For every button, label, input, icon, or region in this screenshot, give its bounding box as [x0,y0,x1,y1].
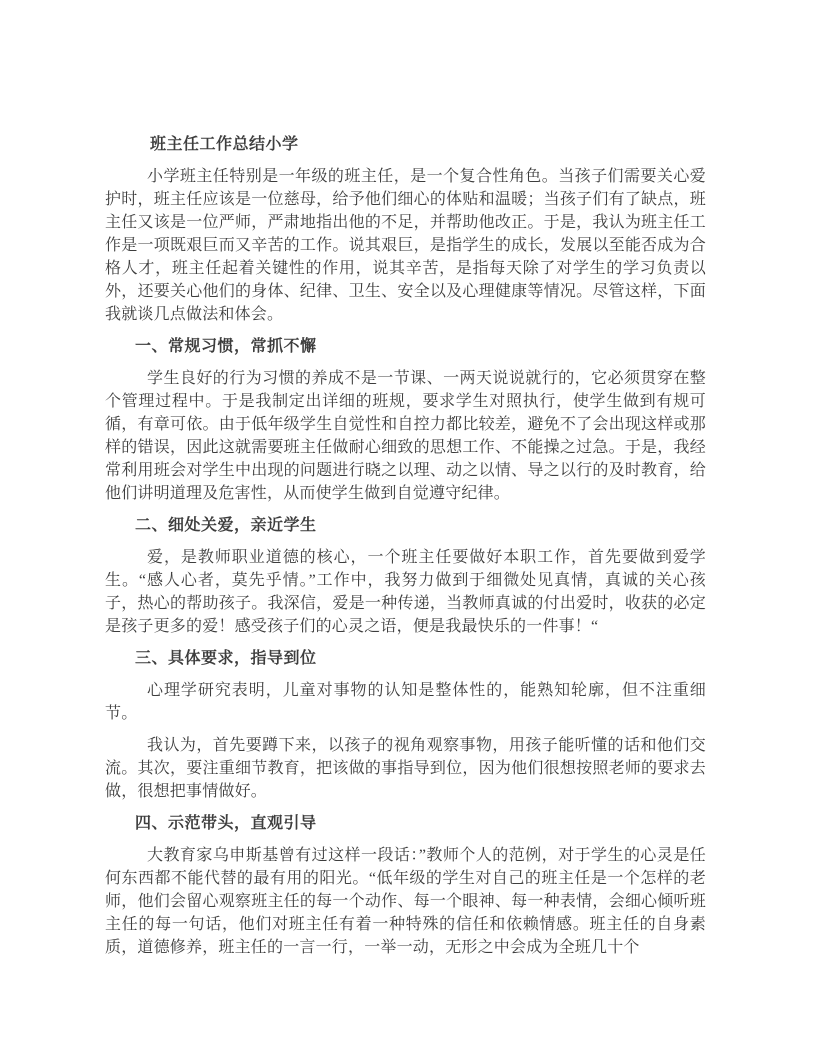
paragraph-section-3a: 心理学研究表明，儿童对事物的认知是整体性的，能熟知轮廓，但不注重细节。 [105,679,706,725]
paragraph-section-4: 大教育家乌申斯基曾有过这样一段话：”教师个人的范例，对于学生的心灵是任何东西都不… [105,844,706,959]
section-heading-1: 一、常规习惯，常抓不懈 [105,335,706,358]
paragraph-intro: 小学班主任特别是一年级的班主任，是一个复合性角色。当孩子们需要关心爱护时，班主任… [105,165,706,326]
section-heading-2: 二、细处关爱，亲近学生 [105,514,706,537]
document-title: 班主任工作总结小学 [105,133,706,156]
document-page: 班主任工作总结小学 小学班主任特别是一年级的班主任，是一个复合性角色。当孩子们需… [0,0,816,1056]
section-heading-4: 四、示范带头，直观引导 [105,812,706,835]
paragraph-section-1: 学生良好的行为习惯的养成不是一节课、一两天说说就行的，它必须贯穿在整个管理过程中… [105,367,706,505]
paragraph-section-3b: 我认为，首先要蹲下来，以孩子的视角观察事物，用孩子能听懂的话和他们交流。其次，要… [105,734,706,803]
paragraph-section-2: 爱，是教师职业道德的核心，一个班主任要做好本职工作，首先要做到爱学生。“感人心者… [105,546,706,638]
section-heading-3: 三、具体要求，指导到位 [105,647,706,670]
